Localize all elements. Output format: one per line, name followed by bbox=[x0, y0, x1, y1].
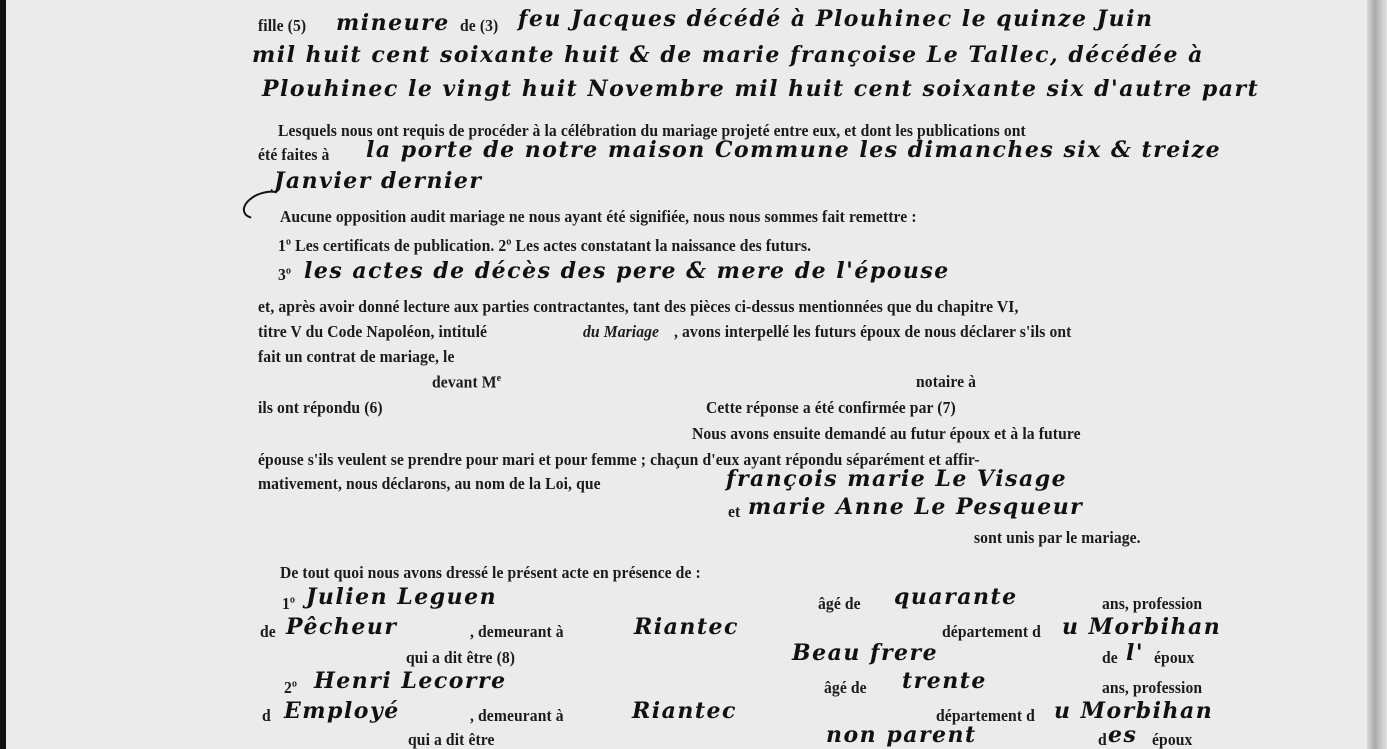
witness-2-des-label: d bbox=[1098, 730, 1107, 749]
devant-text: devant M bbox=[432, 373, 497, 392]
witness-1-profession: Pêcheur bbox=[286, 614, 397, 640]
witness-1-de-hand: l' bbox=[1126, 640, 1144, 666]
witness-2-number: 2º bbox=[284, 678, 297, 698]
witness-1-name: Julien Leguen bbox=[306, 584, 497, 610]
printed-lecture-2b: , avons interpellé les futurs époux de n… bbox=[674, 322, 1071, 342]
witness-2-qui-label: qui a dit être bbox=[408, 730, 495, 749]
witness-2-prefix: d bbox=[262, 706, 271, 726]
register-page: fille (5) mineure de (3) feu Jacques déc… bbox=[6, 0, 1367, 749]
printed-et: et bbox=[728, 502, 740, 522]
printed-demande: Nous avons ensuite demandé au futur épou… bbox=[692, 424, 1081, 444]
printed-de-3: de (3) bbox=[460, 16, 498, 36]
printed-devant: devant Me bbox=[432, 372, 501, 393]
witness-2-name: Henri Lecorre bbox=[314, 668, 507, 694]
witness-2-relation: non parent bbox=[826, 722, 977, 748]
witness-1-number: 1º bbox=[282, 594, 295, 614]
printed-mativement: mativement, nous déclarons, au nom de la… bbox=[258, 474, 601, 494]
printed-certificats: 1º Les certificats de publication. 2º Le… bbox=[278, 236, 811, 256]
printed-notaire: notaire à bbox=[916, 372, 976, 392]
witness-1-relation: Beau frere bbox=[792, 640, 938, 666]
witness-2-epoux-label: époux bbox=[1152, 730, 1192, 749]
printed-du-mariage: du Mariage bbox=[583, 322, 659, 342]
witness-1-departement-label: département d bbox=[942, 622, 1041, 642]
witness-2-residence: Riantec bbox=[632, 698, 737, 724]
witness-1-ans-label: ans, profession bbox=[1102, 594, 1202, 614]
witness-2-age: trente bbox=[902, 668, 987, 694]
witness-2-demeurant-label: , demeurant à bbox=[470, 706, 564, 726]
handwritten-january: Janvier dernier bbox=[274, 168, 482, 194]
printed-unis: sont unis par le mariage. bbox=[974, 528, 1141, 548]
printed-item-3: 3º bbox=[278, 265, 291, 285]
witness-2-departement: u Morbihan bbox=[1054, 698, 1213, 724]
printed-opposition: Aucune opposition audit mariage ne nous … bbox=[280, 207, 917, 227]
printed-lecture-2a: titre V du Code Napoléon, intitulé bbox=[258, 322, 487, 342]
devant-sup: e bbox=[497, 372, 502, 384]
witness-1-age: quarante bbox=[894, 584, 1018, 610]
printed-repondu: ils ont répondu (6) bbox=[258, 398, 383, 418]
witness-1-qui-label: qui a dit être (8) bbox=[406, 648, 515, 668]
handwritten-bride-name: marie Anne Le Pesqueur bbox=[748, 494, 1083, 520]
witness-1-demeurant-label: , demeurant à bbox=[470, 622, 564, 642]
printed-presence: De tout quoi nous avons dressé le présen… bbox=[280, 563, 701, 583]
handwritten-death-acts: les actes de décès des pere & mere de l'… bbox=[304, 258, 950, 284]
handwritten-groom-name: françois marie Le Visage bbox=[726, 466, 1067, 492]
witness-2-ans-label: ans, profession bbox=[1102, 678, 1202, 698]
handwritten-minor: mineure bbox=[336, 10, 450, 36]
witness-1-prefix: de bbox=[260, 622, 276, 642]
witness-1-epoux-label: époux bbox=[1154, 648, 1194, 668]
witness-2-profession: Employé bbox=[284, 698, 400, 724]
printed-contrat: fait un contrat de mariage, le bbox=[258, 347, 454, 367]
witness-1-residence: Riantec bbox=[634, 614, 739, 640]
scan-binding-edge bbox=[1367, 0, 1387, 749]
witness-1-de-label: de bbox=[1102, 648, 1118, 668]
witness-2-age-label: âgé de bbox=[824, 678, 867, 698]
handwritten-publication-place: la porte de notre maison Commune les dim… bbox=[366, 137, 1221, 163]
printed-faites-a: été faites à bbox=[258, 145, 329, 165]
handwritten-line-2: mil huit cent soixante huit & de marie f… bbox=[252, 42, 1204, 68]
witness-1-age-label: âgé de bbox=[818, 594, 861, 614]
handwritten-line-3: Plouhinec le vingt huit Novembre mil hui… bbox=[262, 76, 1259, 102]
witness-1-departement: u Morbihan bbox=[1062, 614, 1221, 640]
printed-lecture-1: et, après avoir donné lecture aux partie… bbox=[258, 297, 1018, 317]
printed-fille-label: fille (5) bbox=[258, 16, 306, 36]
printed-confirmee: Cette réponse a été confirmée par (7) bbox=[706, 398, 956, 418]
handwritten-father-info: feu Jacques décédé à Plouhinec le quinze… bbox=[518, 6, 1153, 32]
witness-2-des-hand: es bbox=[1108, 722, 1137, 748]
